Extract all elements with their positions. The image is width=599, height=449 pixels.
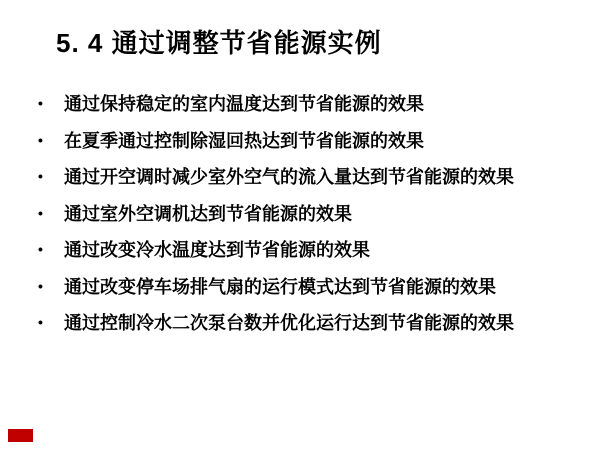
bullet-text: 通过控制冷水二次泵台数并优化运行达到节省能源的效果 [64, 309, 514, 335]
bullet-text: 通过室外空调机达到节省能源的效果 [64, 200, 352, 226]
bullet-item: •通过保持稳定的室内温度达到节省能源的效果 [38, 85, 514, 122]
bullet-text: 在夏季通过控制除湿回热达到节省能源的效果 [64, 127, 424, 153]
bullet-text: 通过开空调时减少室外空气的流入量达到节省能源的效果 [64, 163, 514, 189]
bullet-item: •通过室外空调机达到节省能源的效果 [38, 195, 514, 232]
slide-title: 5. 4 通过调整节省能源实例 [56, 28, 382, 58]
bullet-dot-icon: • [38, 242, 64, 256]
bullet-item: •在夏季通过控制除湿回热达到节省能源的效果 [38, 122, 514, 159]
bullet-dot-icon: • [38, 133, 64, 147]
bullet-item: •通过改变停车场排气扇的运行模式达到节省能源的效果 [38, 268, 514, 305]
bullet-text: 通过改变停车场排气扇的运行模式达到节省能源的效果 [64, 273, 496, 299]
bullet-item: •通过开空调时减少室外空气的流入量达到节省能源的效果 [38, 158, 514, 195]
bullet-item: •通过改变冷水温度达到节省能源的效果 [38, 231, 514, 268]
bullet-item: •通过控制冷水二次泵台数并优化运行达到节省能源的效果 [38, 304, 514, 341]
bullet-dot-icon: • [38, 279, 64, 293]
bullet-dot-icon: • [38, 206, 64, 220]
bullet-dot-icon: • [38, 96, 64, 110]
bullet-list: •通过保持稳定的室内温度达到节省能源的效果•在夏季通过控制除湿回热达到节省能源的… [38, 85, 514, 341]
bullet-text: 通过改变冷水温度达到节省能源的效果 [64, 236, 370, 262]
bullet-text: 通过保持稳定的室内温度达到节省能源的效果 [64, 90, 424, 116]
bullet-dot-icon: • [38, 169, 64, 183]
red-accent-bar [8, 429, 33, 442]
bullet-dot-icon: • [38, 315, 64, 329]
slide-canvas: 5. 4 通过调整节省能源实例 •通过保持稳定的室内温度达到节省能源的效果•在夏… [0, 0, 599, 449]
